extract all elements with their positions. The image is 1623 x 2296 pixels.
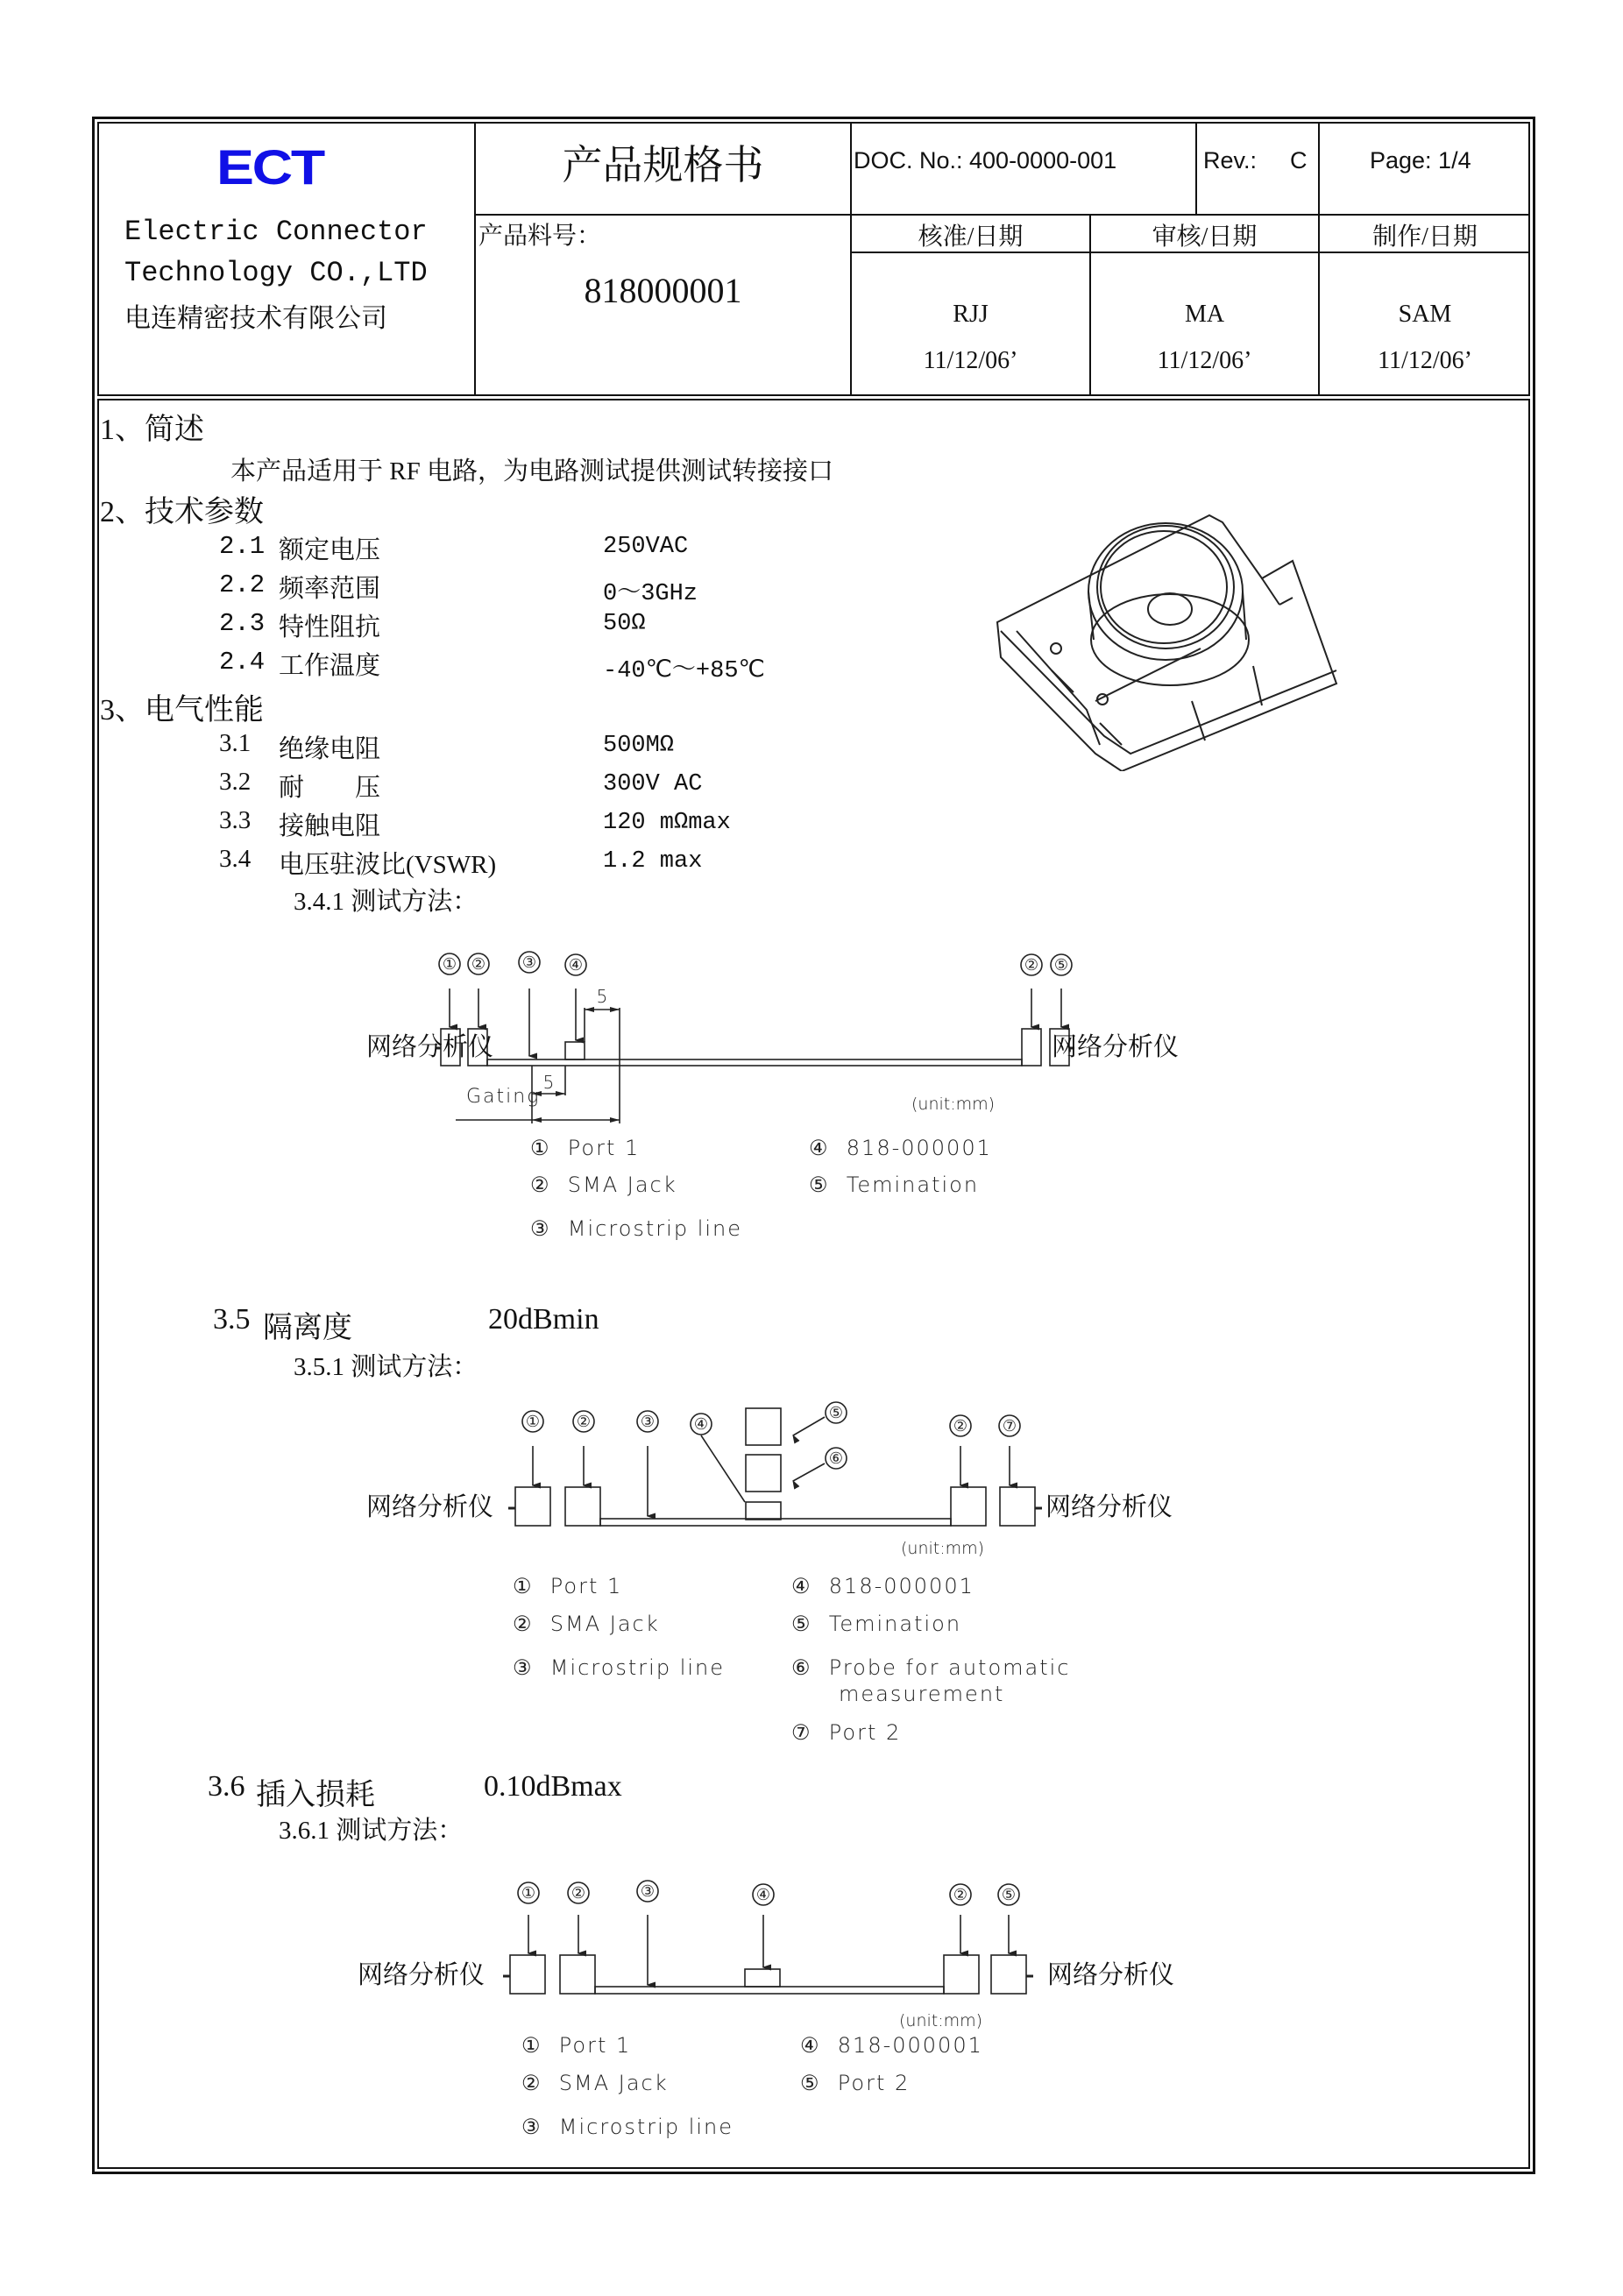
prepared-date: 11/12/06’	[1320, 347, 1530, 375]
approver-name: RJJ	[852, 301, 1089, 329]
spec-num: 2.1	[219, 532, 265, 561]
svg-text:①: ①	[521, 1884, 535, 1903]
legend-item: ① Port 1	[513, 1574, 622, 1598]
spec-num: 2.4	[219, 648, 265, 677]
svg-text:②: ②	[953, 1886, 967, 1904]
svg-text:⑦: ⑦	[1003, 1417, 1017, 1435]
svg-text:①: ①	[443, 955, 457, 974]
svg-text:④: ④	[694, 1415, 708, 1434]
legend-item: ④ 818-000001	[791, 1574, 975, 1598]
spec-value: 0～3GHz	[603, 572, 698, 607]
approval-date: 11/12/06’	[852, 347, 1089, 375]
svg-text:⑤: ⑤	[1002, 1886, 1016, 1904]
spec-label: 插入损耗	[256, 1770, 375, 1813]
svg-text:②: ②	[953, 1417, 967, 1435]
spec-value: 50Ω	[603, 611, 646, 637]
svg-text:(unit:mm): (unit:mm)	[899, 2011, 982, 2030]
svg-text:⑤: ⑤	[1054, 956, 1068, 974]
legend-item: ⑥ Probe for automatic	[791, 1655, 1070, 1680]
spec-value: -40℃～+85℃	[603, 649, 765, 684]
spec-label: 绝缘电阻	[279, 729, 380, 765]
section-3-title: 3、电气性能	[100, 685, 264, 728]
vswr-test-diagram: ① ② ③ ④ ② ⑤ 5 5 Gating (unit:mm)	[351, 938, 1227, 1279]
svg-text:③: ③	[641, 1413, 655, 1431]
spec-value: 500MΩ	[603, 733, 674, 759]
review-label: 审核/日期	[1091, 217, 1318, 252]
spec-label: 工作温度	[279, 646, 380, 682]
review-date: 11/12/06’	[1091, 347, 1318, 375]
legend-item: ④ 818-000001	[809, 1136, 992, 1160]
svg-text:⑥: ⑥	[829, 1449, 843, 1468]
company-name-cn: 电连精密技术有限公司	[124, 296, 387, 335]
spec-num: 3.5	[213, 1303, 251, 1336]
legend-item: ⑦ Port 2	[791, 1720, 901, 1745]
spec-num: 3.2	[219, 768, 251, 797]
legend-item: ⑤ Port 2	[800, 2071, 910, 2095]
legend-item: ② SMA Jack	[521, 2071, 669, 2095]
svg-text:①: ①	[526, 1413, 540, 1431]
analyzer-left-label: 网络分析仪	[358, 1955, 485, 1991]
legend-item: ② SMA Jack	[513, 1612, 660, 1636]
company-name-en-1: Electric Connector	[124, 216, 428, 248]
connector-illustration	[990, 491, 1341, 771]
svg-text:Gating: Gating	[466, 1086, 540, 1108]
spec-num: 2.2	[219, 570, 265, 599]
legend-item: ① Port 1	[530, 1136, 640, 1160]
divider	[474, 214, 1530, 216]
spec-label: 额定电压	[279, 530, 380, 566]
legend-item: ② SMA Jack	[530, 1173, 677, 1197]
spec-label: 特性阻抗	[279, 607, 380, 643]
spec-label: 频率范围	[279, 569, 380, 605]
svg-text:(unit:mm): (unit:mm)	[911, 1095, 995, 1114]
company-name-en-2: Technology CO.,LTD	[124, 257, 428, 289]
spec-label: 接触电阻	[279, 806, 380, 842]
spec-value: 300V AC	[603, 771, 702, 797]
svg-text:5: 5	[597, 986, 608, 1007]
legend-item: ④ 818-000001	[800, 2033, 983, 2058]
legend-item: ③ Microstrip line	[513, 1655, 725, 1680]
analyzer-left-label: 网络分析仪	[366, 1027, 493, 1063]
spec-value: 120 mΩmax	[603, 810, 731, 836]
legend-item: ① Port 1	[521, 2033, 631, 2058]
legend-item: ③ Microstrip line	[521, 2115, 734, 2139]
page-number: Page: 1/4	[1370, 147, 1471, 174]
section-1-title: 1、简述	[100, 405, 204, 448]
part-no-label: 产品料号：	[478, 216, 601, 252]
spec-num: 3.4	[219, 845, 251, 874]
doc-number: DOC. No.: 400-0000-001	[854, 147, 1116, 174]
legend-item: ③ Microstrip line	[530, 1216, 742, 1241]
svg-text:⑤: ⑤	[829, 1404, 843, 1422]
doc-title: 产品规格书	[476, 133, 850, 191]
spec-label: 隔离度	[263, 1303, 352, 1346]
spec-value: 250VAC	[603, 534, 688, 560]
legend-item: ⑤ Temination	[809, 1173, 979, 1197]
isolation-test-diagram: ① ② ③ ④ ⑤ ⑥ ② ⑦ (unit:mm)	[351, 1385, 1227, 1577]
svg-text:③: ③	[522, 953, 536, 972]
insertion-loss-test-diagram: ① ② ③ ④ ② ⑤ (unit:mm)	[342, 1858, 1218, 2033]
divider	[1318, 122, 1320, 215]
svg-text:②: ②	[471, 955, 485, 974]
revision-value: C	[1290, 147, 1308, 174]
legend-item: ⑤ Temination	[791, 1612, 961, 1636]
svg-text:5: 5	[543, 1072, 555, 1093]
test-method-heading: 3.5.1 测试方法：	[294, 1347, 478, 1383]
preparer-name: SAM	[1320, 301, 1530, 329]
part-number: 818000001	[476, 270, 850, 311]
test-method-heading: 3.4.1 测试方法：	[294, 882, 478, 918]
test-method-heading: 3.6.1 测试方法：	[279, 1811, 463, 1846]
prepared-label: 制作/日期	[1320, 217, 1530, 252]
reviewer-name: MA	[1091, 301, 1318, 329]
spec-num: 3.6	[208, 1770, 245, 1803]
svg-text:③: ③	[641, 1882, 655, 1901]
svg-text:④: ④	[569, 956, 583, 974]
spec-num: 3.3	[219, 806, 251, 835]
svg-text:(unit:mm): (unit:mm)	[901, 1539, 984, 1558]
divider	[1195, 122, 1197, 215]
svg-text:②: ②	[577, 1413, 591, 1431]
section-1-text: 本产品适用于 RF 电路，为电路测试提供测试转接接口	[230, 451, 833, 487]
spec-label: 电压驻波比(VSWR)	[279, 845, 496, 881]
analyzer-right-label: 网络分析仪	[1045, 1487, 1173, 1523]
svg-text:②: ②	[1024, 956, 1038, 974]
analyzer-right-label: 网络分析仪	[1047, 1955, 1174, 1991]
svg-text:④: ④	[756, 1886, 770, 1904]
spec-num: 3.1	[219, 729, 251, 758]
analyzer-left-label: 网络分析仪	[366, 1487, 493, 1523]
spec-num: 2.3	[219, 609, 265, 638]
analyzer-right-label: 网络分析仪	[1052, 1027, 1179, 1063]
approval-label: 核准/日期	[852, 217, 1089, 252]
spec-value: 1.2 max	[603, 848, 702, 875]
spec-value: 0.10dBmax	[484, 1770, 622, 1803]
revision-label: Rev.:	[1203, 147, 1257, 174]
ect-logo: ECT	[216, 138, 323, 195]
spec-value: 20dBmin	[488, 1303, 599, 1336]
svg-text:②: ②	[571, 1884, 585, 1903]
section-2-title: 2、技术参数	[100, 487, 264, 530]
legend-item-continuation: measurement	[839, 1682, 1004, 1706]
spec-label: 耐 压	[279, 768, 380, 804]
